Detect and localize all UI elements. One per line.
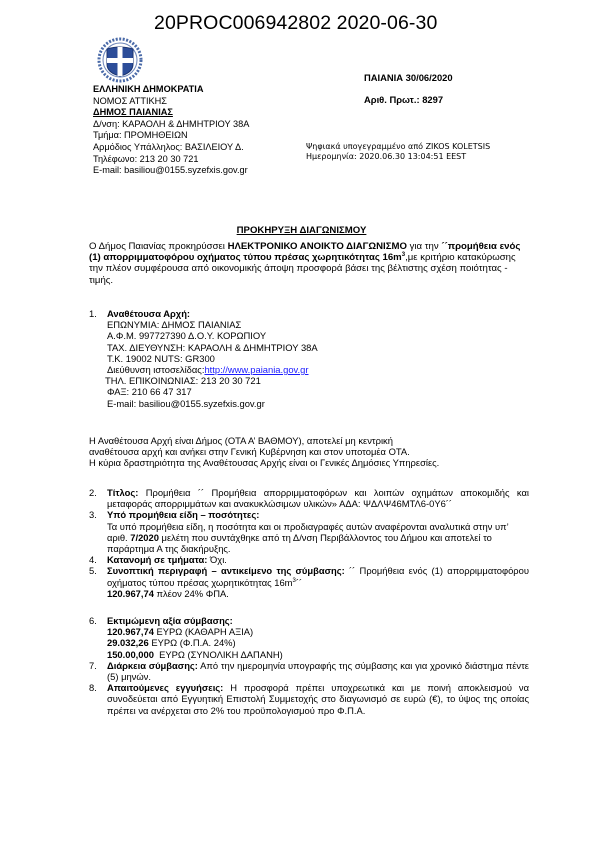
item-label: Τίτλος:	[107, 487, 138, 498]
item-text: μελέτη που συντάχθηκε από τη Δ/νση Περιβ…	[107, 532, 492, 554]
sender-block: ΕΛΛΗΝΙΚΗ ΔΗΜΟΚΡΑΤΙΑ ΝΟΜΟΣ ΑΤΤΙΚΗΣ ΔΗΜΟΣ …	[93, 84, 249, 177]
item-label: Αναθέτουσα Αρχή:	[107, 308, 529, 319]
item-summary: 5. Συνοπτική περιγραφή – αντικείμενο της…	[89, 565, 529, 599]
item-lots: 4. Κατανομή σε τμήματα: Όχι.	[89, 554, 529, 565]
item-number: 3.	[89, 509, 97, 520]
authority-paragraph-line: Η Αναθέτουσα Αρχή είναι Δήμος (ΟΤΑ Α’ ΒΑ…	[89, 435, 539, 446]
org-department: Τμήμα: ΠΡΟΜΗΘΕΙΩΝ	[93, 130, 249, 142]
digital-signature: Ψηφιακά υπογεγραμμένο από ZIKOS KOLETSIS…	[306, 142, 490, 162]
place-date: ΠΑΙΑΝΙΑ 30/06/2020	[364, 67, 453, 89]
signature-date: Ημερομηνία: 2020.06.30 13:04:51 EEST	[306, 152, 490, 162]
item-label: Κατανομή σε τμήματα:	[107, 554, 207, 565]
item-label: Υπό προμήθεια είδη – ποσότητες:	[107, 509, 529, 520]
item-label: Διάρκεια σύμβασης:	[107, 660, 198, 671]
authority-paragraph: Η Αναθέτουσα Αρχή είναι Δήμος (ΟΤΑ Α’ ΒΑ…	[89, 435, 539, 469]
net-amount: 120.967,74	[107, 588, 154, 599]
authority-vat: Α.Φ.Μ. 997727390 Δ.Ο.Υ. ΚΟΡΩΠΙΟΥ	[107, 330, 529, 341]
item-text: Προμήθεια ´´ Προμήθεια απορριμματοφόρων …	[107, 487, 529, 509]
item-number: 2.	[89, 487, 97, 498]
greek-emblem-icon	[96, 36, 144, 84]
value-vat: 29.032,26 ΕΥΡΩ (Φ.Π.Α. 24%)	[107, 637, 529, 648]
item-duration: 7. Διάρκεια σύμβασης: Από την ημερομηνία…	[89, 660, 529, 682]
item-text: Όχι.	[207, 554, 226, 565]
item-number: 7.	[89, 660, 97, 671]
authority-paragraph-line: αναθέτουσα αρχή και ανήκει στην Γενική Κ…	[89, 446, 539, 457]
item-goods-quantities: 3. Υπό προμήθεια είδη – ποσότητες: Τα υπ…	[89, 509, 529, 554]
authority-name: ΕΠΩΝΥΜΙΑ: ΔΗΜΟΣ ΠΑΙΑΝΙΑΣ	[107, 319, 529, 330]
intro-text: για την	[407, 241, 441, 252]
item-label: Συνοπτική περιγραφή – αντικείμενο της σύ…	[107, 565, 345, 576]
org-address: Δ/νση: ΚΑΡΑΟΛΗ & ΔΗΜΗΤΡΙΟΥ 38Α	[93, 119, 249, 131]
page-title: ΠΡΟΚΗΡΥΞΗ ΔΙΑΓΩΝΙΣΜΟΥ	[0, 225, 595, 236]
tender-items: 2. Τίτλος: Προμήθεια ´´ Προμήθεια απορρι…	[89, 487, 529, 716]
authority-paragraph-line: Η κύρια δραστηριότητα της Αναθέτουσας Αρ…	[89, 457, 539, 468]
org-phone: Τηλέφωνο: 213 20 30 721	[93, 154, 249, 166]
item-label: Απαιτούμενες εγγυήσεις:	[107, 682, 223, 693]
vat-note: πλέον 24% ΦΠΑ.	[154, 588, 229, 599]
website-link[interactable]: http://www.paiania.gov.gr	[204, 364, 308, 375]
signature-signer: Ψηφιακά υπογεγραμμένο από ZIKOS KOLETSIS	[306, 142, 490, 152]
item-title: 2. Τίτλος: Προμήθεια ´´ Προμήθεια απορρι…	[89, 487, 529, 509]
document-id: 20PROC006942802 2020-06-30	[154, 12, 437, 35]
authority-website: Διεύθυνση ιστοσελίδας:http://www.paiania…	[107, 364, 529, 375]
authority-postcode: Τ.Κ. 19002 NUTS: GR300	[107, 353, 529, 364]
authority-email: E-mail: basiliou@0155.syzefxis.gov.gr	[107, 398, 529, 409]
org-contact-person: Αρμόδιος Υπάλληλος: ΒΑΣΙΛΕΙΟΥ Δ.	[93, 142, 249, 154]
study-number: 7/2020	[130, 532, 159, 543]
authority-fax: ΦΑΞ: 210 66 47 317	[107, 386, 529, 397]
value-total: 150.00,000 ΕΥΡΩ (ΣΥΝΟΛΙΚΗ ΔΑΠΑΝΗ)	[107, 649, 529, 660]
item-label: Εκτιμώμενη αξία σύμβασης:	[107, 615, 529, 626]
date-protocol-block: ΠΑΙΑΝΙΑ 30/06/2020 Αριθ. Πρωτ.: 8297	[364, 67, 453, 111]
org-municipality: ΔΗΜΟΣ ΠΑΙΑΝΙΑΣ	[93, 107, 249, 119]
section-contracting-authority: 1. Αναθέτουσα Αρχή: ΕΠΩΝΥΜΙΑ: ΔΗΜΟΣ ΠΑΙΑ…	[89, 308, 529, 409]
org-country: ΕΛΛΗΝΙΚΗ ΔΗΜΟΚΡΑΤΙΑ	[93, 84, 249, 96]
item-estimated-value: 6. Εκτιμώμενη αξία σύμβασης: 120.967,74 …	[89, 615, 529, 660]
intro-text: Ο Δήμος Παιανίας προκηρύσσει	[89, 241, 228, 252]
item-guarantees: 8. Απαιτούμενες εγγυήσεις: Η προσφορά πρ…	[89, 682, 529, 716]
item-number: 8.	[89, 682, 97, 693]
item-number: 1.	[89, 308, 97, 319]
authority-phone: ΤΗΛ. ΕΠΙΚΟΙΝΩΝΙΑΣ: 213 20 30 721	[105, 375, 529, 386]
item-number: 6.	[89, 615, 97, 626]
authority-address: ΤΑΧ. ΔΙΕΥΘΥΝΣΗ: ΚΑΡΑΟΛΗ & ΔΗΜΗΤΡΙΟΥ 38Α	[107, 342, 529, 353]
value-net: 120.967,74 ΕΥΡΩ (ΚΑΘΑΡΗ ΑΞΙΑ)	[107, 626, 529, 637]
org-prefecture: ΝΟΜΟΣ ΑΤΤΙΚΗΣ	[93, 96, 249, 108]
protocol-number: Αριθ. Πρωτ.: 8297	[364, 89, 453, 111]
intro-tender-type: ΗΛΕΚΤΡΟΝΙΚΟ ΑΝΟΙΚΤΟ ΔΙΑΓΩΝΙΣΜΟ	[228, 241, 407, 252]
item-number: 4.	[89, 554, 97, 565]
org-email: E-mail: basiliou@0155.syzefxis.gov.gr	[93, 165, 249, 177]
intro-paragraph: Ο Δήμος Παιανίας προκηρύσσει ΗΛΕΚΤΡΟΝΙΚΟ…	[89, 241, 529, 286]
item-number: 5.	[89, 565, 97, 576]
